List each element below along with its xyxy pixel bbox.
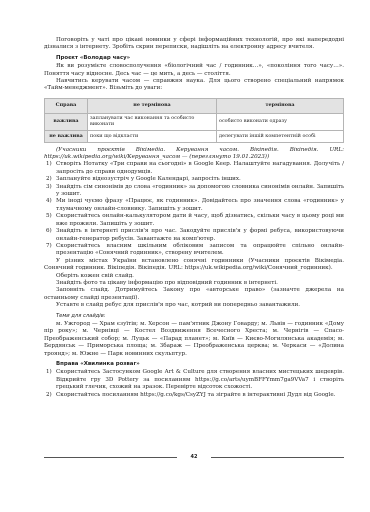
task-list: 1)Створіть Нотатку «Три справи на сьогод… — [44, 161, 344, 257]
instruction-paragraph: Заповніть слайд. Дотримуйтесь Закону про… — [44, 287, 344, 302]
table-cell: делегувати іншій компетентній особі — [217, 131, 344, 143]
list-item: 2)Скористайтесь посиланням https://g.co/… — [44, 392, 344, 399]
table-header-row: Справа не термінова термінова — [45, 98, 344, 113]
intro-paragraph: Поговоріть у чаті про цікаві новинки у с… — [44, 37, 344, 52]
project-paragraph-2: Навчитись керувати часом — справжня наук… — [44, 78, 344, 93]
list-item: 7)Скористайтесь власним шкільним обліков… — [44, 243, 344, 258]
project-title: Проєкт «Володар часу» — [56, 55, 344, 62]
project-paragraph-1: Як ви розумієте словосполучення «біологі… — [44, 63, 344, 78]
topics-title: Теми для слайдів: — [56, 313, 344, 320]
sundial-paragraph: У різних містах України встановлено соня… — [44, 258, 344, 273]
list-item: 1)Створіть Нотатку «Три справи на сьогод… — [44, 161, 344, 176]
table-cell: особисто виконати одразу — [217, 113, 344, 130]
citation: (Учасники проєктів Вікімедіа. Керування … — [44, 147, 344, 162]
table-row-header: важлива — [45, 113, 88, 130]
table-header: термінова — [217, 98, 344, 113]
time-management-table: Справа не термінова термінова важлива за… — [44, 98, 344, 143]
exercise-title: Вправа «Хвилинка розваг» — [56, 361, 344, 368]
instruction-paragraph: Оберіть кожен свій слайд. — [44, 273, 344, 280]
table-row-header: не важлива — [45, 131, 88, 143]
list-item: 5)Скористайтесь онлайн-калькулятором дат… — [44, 213, 344, 228]
list-item: 1)Скористайтесь Застосунком Google Art &… — [44, 369, 344, 391]
list-item: 4)Ми іноді чуємо фразу «Працює, як годин… — [44, 198, 344, 213]
topics-paragraph: м. Ужгород — Храм єзуїтів; м. Херсон — п… — [44, 321, 344, 358]
list-item: 3)Знайдіть сім синонімів до слова «годин… — [44, 184, 344, 199]
table-row: важлива запланувати час виконання та осо… — [45, 113, 344, 130]
footer-rule-right — [211, 457, 344, 458]
table-cell: поки що відкласти — [88, 131, 217, 143]
table-header: Справа — [45, 98, 88, 113]
table-cell: запланувати час виконання та особисто ви… — [88, 113, 217, 130]
page-footer: 42 — [44, 452, 344, 462]
instruction-paragraph: Уставте в слайд ребус для прислів'я про … — [44, 302, 344, 309]
list-item: 6)Знайдіть в інтернеті прислів'я про час… — [44, 228, 344, 243]
table-row: не важлива поки що відкласти делегувати … — [45, 131, 344, 143]
exercise-list: 1)Скористайтесь Застосунком Google Art &… — [44, 369, 344, 399]
document-page: Поговоріть у чаті про цікаві новинки у с… — [44, 37, 344, 399]
page-number: 42 — [177, 454, 212, 460]
footer-rule-left — [44, 457, 177, 458]
table-header: не термінова — [88, 98, 217, 113]
list-item: 2)Заплануйте відеозустріч у Google Кален… — [44, 176, 344, 183]
